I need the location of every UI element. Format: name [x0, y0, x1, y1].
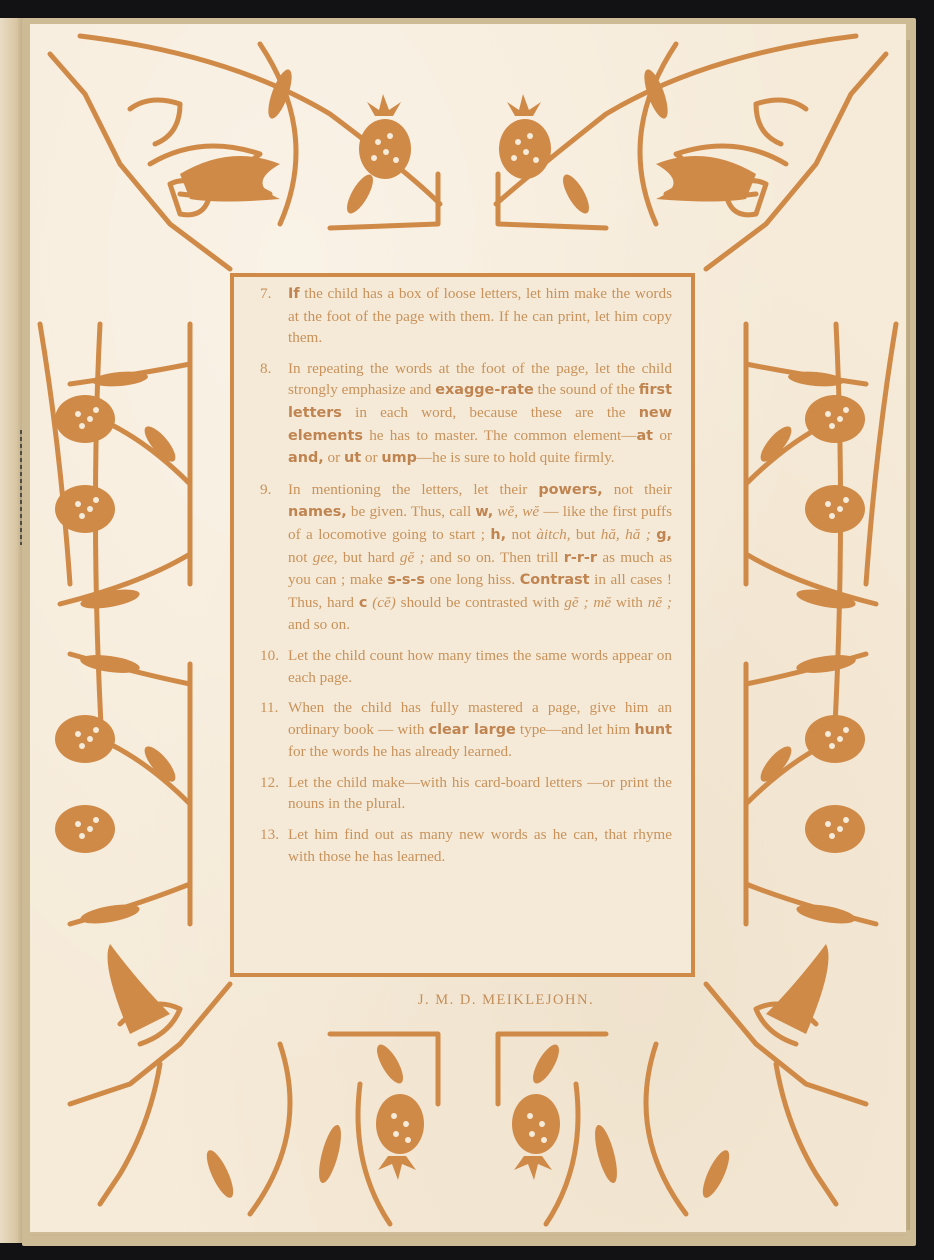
body-text: and so on.: [288, 616, 350, 633]
emphasized-text: If: [288, 286, 300, 302]
instruction-item: 9.In mentioning the letters, let their p…: [260, 479, 672, 636]
emphasized-text: powers,: [538, 482, 602, 498]
phonetic-text: nĕ ;: [648, 594, 672, 611]
phonetic-text: gĕ ; mĕ: [564, 594, 611, 611]
instruction-number: 7.: [260, 283, 288, 349]
phonetic-text: (cĕ): [372, 594, 396, 611]
instruction-text: If the child has a box of loose letters,…: [288, 283, 672, 349]
instruction-text: In repeating the words at the foot of th…: [288, 358, 672, 470]
instruction-item: 12.Let the child make—with his card-boar…: [260, 772, 672, 815]
phonetic-text: hă, hă ;: [601, 526, 651, 543]
instruction-number: 10.: [260, 645, 288, 688]
body-text: and so on. Then trill: [425, 549, 564, 566]
emphasized-text: g,: [656, 527, 672, 543]
instruction-item: 8.In repeating the words at the foot of …: [260, 358, 672, 470]
instruction-text: When the child has fully mastered a page…: [288, 697, 672, 763]
body-text: in each word, because these are the: [342, 404, 639, 421]
emphasized-text: s-s-s: [387, 572, 425, 588]
body-text: for the words he has already learned.: [288, 743, 512, 760]
instruction-number: 13.: [260, 824, 288, 867]
emphasized-text: and,: [288, 450, 324, 466]
body-text: not: [288, 549, 313, 566]
emphasized-text: Contrast: [520, 572, 590, 588]
emphasized-text: clear large: [429, 722, 516, 738]
emphasized-text: r-r-r: [564, 550, 597, 566]
emphasized-text: ump: [381, 450, 417, 466]
emphasized-text: at: [636, 428, 653, 444]
body-text: Let the child count how many times the s…: [288, 647, 672, 686]
instruction-number: 11.: [260, 697, 288, 763]
body-text: or: [324, 449, 344, 466]
author-signature: J. M. D. MEIKLEJOHN.: [386, 992, 626, 1009]
instruction-number: 12.: [260, 772, 288, 815]
instruction-text: Let the child count how many times the s…: [288, 645, 672, 688]
instruction-text: Let him find out as many new words as he…: [288, 824, 672, 867]
instruction-number: 9.: [260, 479, 288, 636]
body-text: type—and let him: [516, 721, 635, 738]
body-text: not: [506, 526, 536, 543]
body-text: or: [653, 427, 672, 444]
instruction-number: 8.: [260, 358, 288, 470]
text-panel-frame: 7.If the child has a box of loose letter…: [230, 273, 695, 977]
body-text: but hard: [338, 549, 400, 566]
emphasized-text: hunt: [634, 722, 672, 738]
body-text: but: [571, 526, 601, 543]
emphasized-text: ut: [344, 450, 361, 466]
instruction-item: 7.If the child has a box of loose letter…: [260, 283, 672, 349]
instructions-list: 7.If the child has a box of loose letter…: [260, 283, 672, 876]
body-text: one long hiss.: [425, 571, 520, 588]
body-text: Let the child make—with his card-board l…: [288, 774, 672, 813]
body-text: or: [361, 449, 381, 466]
body-text: not their: [603, 481, 672, 498]
emphasized-text: h,: [490, 527, 506, 543]
body-text: with: [611, 594, 648, 611]
body-text: he has to master. The common element—: [363, 427, 637, 444]
body-text: —he is sure to hold quite firmly.: [417, 449, 615, 466]
phonetic-text: wĕ, wĕ: [497, 503, 539, 520]
emphasized-text: names,: [288, 504, 347, 520]
instruction-item: 13.Let him find out as many new words as…: [260, 824, 672, 867]
emphasized-text: exagge-rate: [435, 382, 534, 398]
book-page: 7.If the child has a box of loose letter…: [30, 24, 906, 1232]
instruction-item: 11.When the child has fully mastered a p…: [260, 697, 672, 763]
body-text: In mentioning the letters, let their: [288, 481, 538, 498]
phonetic-text: àitch,: [536, 526, 570, 543]
body-text: Let him find out as many new words as he…: [288, 826, 672, 865]
phonetic-text: gĕ ;: [400, 549, 425, 566]
instruction-item: 10.Let the child count how many times th…: [260, 645, 672, 688]
instruction-text: In mentioning the letters, let their pow…: [288, 479, 672, 636]
emphasized-text: w,: [475, 504, 493, 520]
body-text: the sound of the: [534, 381, 639, 398]
body-text: be given. Thus, call: [347, 503, 476, 520]
body-text: should be contrasted with: [396, 594, 564, 611]
body-text: the child has a box of loose letters, le…: [288, 285, 672, 346]
phonetic-text: gee,: [313, 549, 338, 566]
instruction-text: Let the child make—with his card-board l…: [288, 772, 672, 815]
